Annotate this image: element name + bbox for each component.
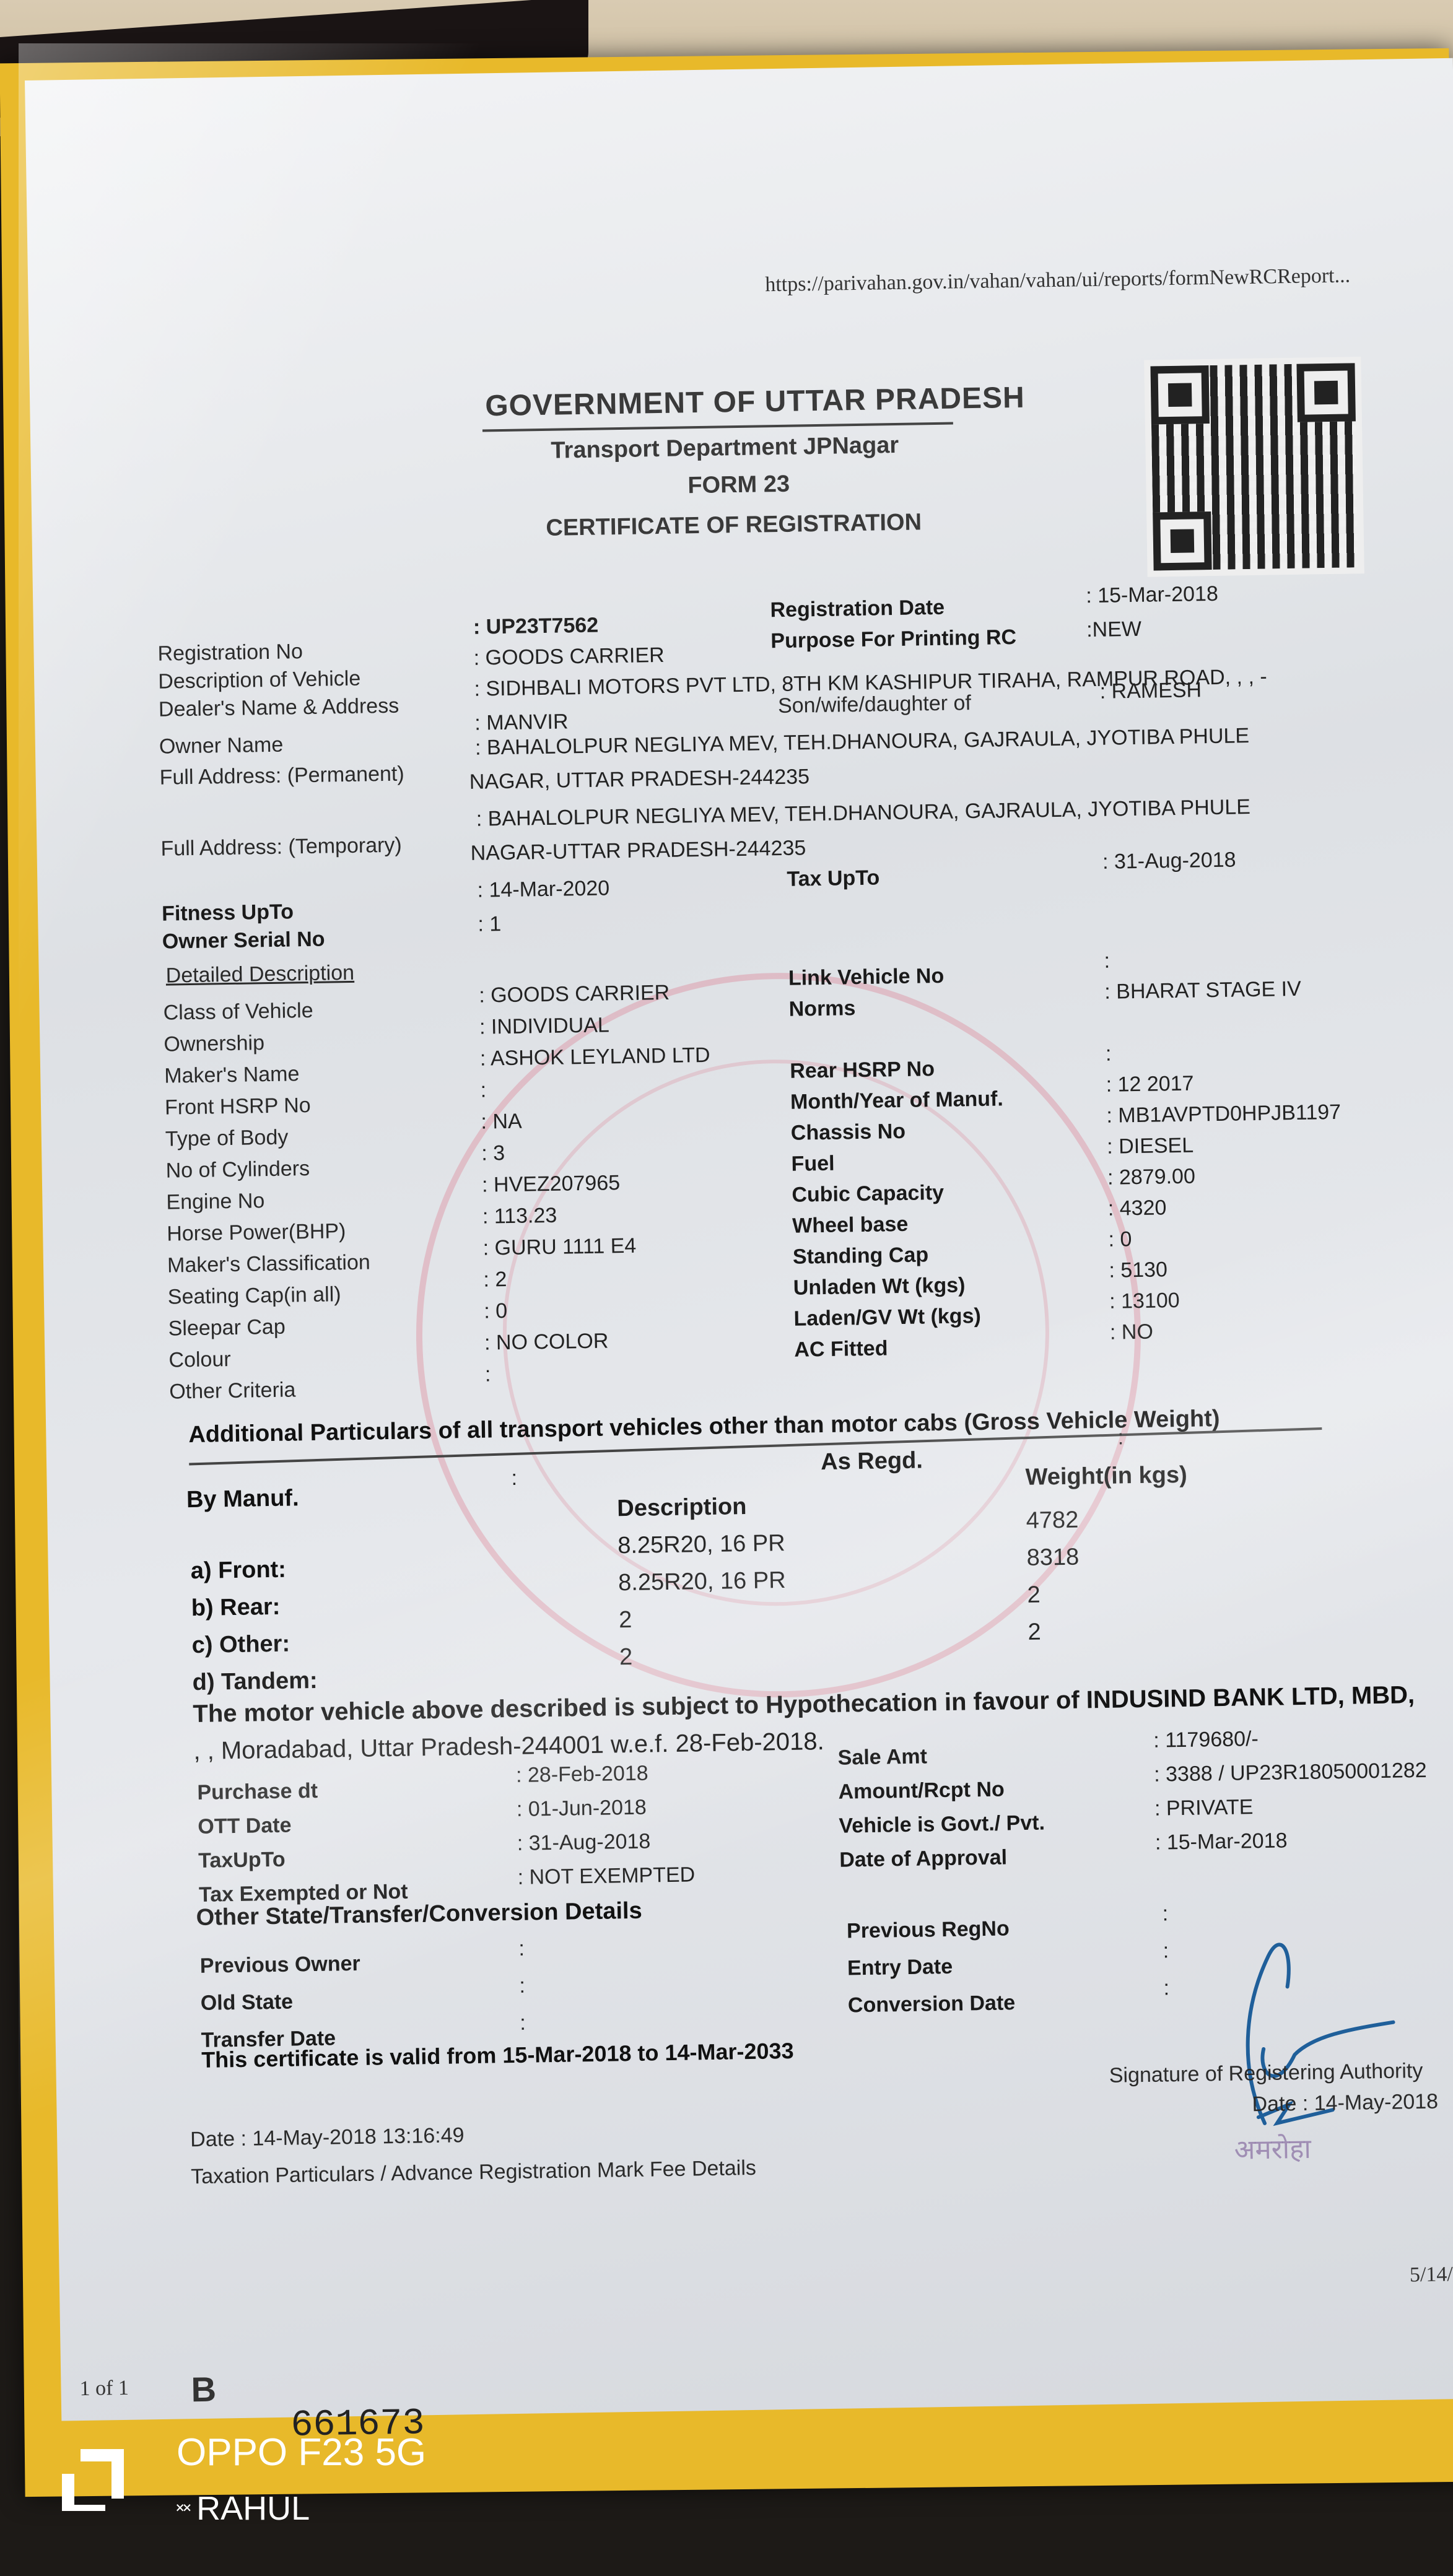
weight-column-header: Weight(in kgs)	[1025, 1462, 1187, 1491]
field-value: :	[520, 2011, 526, 2035]
relation-label: Son/wife/daughter of	[778, 691, 971, 718]
field-value: : PRIVATE	[1154, 1795, 1254, 1821]
field-value: :	[1106, 1042, 1112, 1066]
source-url: https://parivahan.gov.in/vahan/vahan/ui/…	[765, 264, 1350, 297]
purpose-value: :NEW	[1086, 617, 1141, 642]
permanent-address-line2: NAGAR, UTTAR PRADESH-244235	[469, 765, 810, 794]
gvw-row-label: c) Other:	[191, 1631, 290, 1659]
registration-date-value: : 15-Mar-2018	[1086, 582, 1218, 608]
field-label: OTT Date	[198, 1814, 292, 1839]
field-value: : 01-Jun-2018	[517, 1796, 647, 1822]
field-label: Unladen Wt (kgs)	[793, 1273, 965, 1300]
field-value: : 13100	[1109, 1289, 1180, 1314]
description-column-header: Description	[617, 1494, 747, 1522]
field-value: : DIESEL	[1107, 1134, 1193, 1159]
form-number: FORM 23	[687, 471, 790, 500]
page-count: 1 of 1	[79, 2377, 129, 2401]
temporary-address-line2: NAGAR-UTTAR PRADESH-244235	[470, 836, 806, 866]
field-value: : 31-Aug-2018	[517, 1829, 651, 1855]
field-value: : 1179680/-	[1153, 1727, 1259, 1753]
dealer-label: Dealer's Name & Address	[159, 694, 399, 722]
field-value: : HVEZ207965	[482, 1171, 621, 1197]
temporary-address-label: Full Address: (Temporary)	[160, 833, 402, 861]
field-label: Cubic Capacity	[792, 1181, 944, 1207]
owner-name-label: Owner Name	[159, 733, 284, 759]
field-value: : NO	[1110, 1320, 1154, 1345]
field-label: Previous Owner	[200, 1952, 360, 1978]
temporary-address-line1: : BAHALOLPUR NEGLIYA MEV, TEH.DHANOURA, …	[476, 795, 1251, 832]
hypothecation-line2: , , Moradabad, Uttar Pradesh-244001 w.e.…	[193, 1728, 824, 1765]
gvw-row-label: d) Tandem:	[192, 1668, 318, 1696]
gvw-row-description: 8.25R20, 16 PR	[618, 1567, 786, 1596]
field-value: : MB1AVPTD0HPJB1197	[1106, 1100, 1341, 1128]
field-value: :	[518, 1937, 525, 1961]
field-label: Engine No	[166, 1189, 264, 1214]
qr-finder-icon	[1153, 511, 1211, 570]
qr-finder-icon	[1150, 365, 1209, 424]
field-value: : 0	[484, 1299, 507, 1324]
field-label: Link Vehicle No	[788, 964, 945, 991]
permanent-address-label: Full Address: (Permanent)	[159, 762, 404, 790]
watermark-user: ˟˟ RAHUL	[177, 2489, 310, 2528]
gvw-row-label: b) Rear:	[191, 1594, 280, 1622]
field-value: : NA	[481, 1110, 522, 1134]
field-value: : NOT EXEMPTED	[517, 1863, 695, 1889]
field-label: Date of Approval	[839, 1845, 1007, 1872]
field-value: :	[1163, 1976, 1169, 2000]
field-label: Other Criteria	[169, 1378, 296, 1404]
gvw-row-weight: 2	[1027, 1582, 1041, 1609]
field-label: Laden/GV Wt (kgs)	[793, 1304, 981, 1331]
field-value: : 12 2017	[1106, 1072, 1193, 1097]
taxation-particulars: Taxation Particulars / Advance Registrat…	[191, 2156, 756, 2189]
field-label: Entry Date	[847, 1955, 953, 1981]
field-label: Norms	[788, 996, 855, 1022]
field-label: Conversion Date	[848, 1991, 1016, 2017]
description-value: : GOODS CARRIER	[473, 643, 665, 671]
registration-no-label: Registration No	[157, 640, 303, 666]
field-label: Front HSRP No	[165, 1094, 311, 1120]
fitness-label: Fitness UpTo	[162, 900, 294, 926]
field-label: Maker's Classification	[167, 1250, 370, 1277]
field-label: Wheel base	[792, 1212, 909, 1238]
gvw-row-description: 2	[619, 1644, 633, 1671]
title-divider	[482, 422, 953, 432]
field-label: Rear HSRP No	[790, 1057, 935, 1084]
field-value: :	[1163, 1939, 1169, 1963]
government-title: GOVERNMENT OF UTTAR PRADESH	[485, 381, 1025, 424]
field-label: Fuel	[791, 1152, 835, 1177]
field-label: Type of Body	[165, 1126, 289, 1152]
gvw-row-weight: 4782	[1026, 1507, 1078, 1534]
field-label: Chassis No	[791, 1120, 906, 1146]
field-label: Previous RegNo	[847, 1917, 1010, 1943]
field-label: TaxUpTo	[198, 1848, 286, 1873]
field-value: :	[480, 1078, 486, 1102]
camera-watermark-logo-icon	[56, 2443, 130, 2517]
field-value: : 3	[481, 1141, 505, 1166]
tax-upto-value: : 31-Aug-2018	[1102, 848, 1236, 874]
owner-serial-label: Owner Serial No	[162, 928, 325, 954]
field-value: : ASHOK LEYLAND LTD	[480, 1043, 710, 1071]
field-value: :	[1104, 949, 1110, 973]
gvw-row-description: 2	[619, 1607, 632, 1634]
relation-value: : RAMESH	[1099, 678, 1202, 704]
field-value: : GURU 1111 E4	[482, 1234, 636, 1261]
field-value: : 0	[1108, 1227, 1132, 1252]
as-regd-label: As Regd.	[821, 1448, 923, 1476]
field-value: :	[519, 1974, 525, 1998]
field-value: : 5130	[1109, 1258, 1167, 1282]
field-label: Maker's Name	[164, 1062, 300, 1088]
permanent-address-line1: : BAHALOLPUR NEGLIYA MEV, TEH.DHANOURA, …	[475, 724, 1250, 760]
tax-upto-label: Tax UpTo	[787, 866, 879, 891]
field-label: Colour	[168, 1347, 231, 1373]
gvw-row-weight: 2	[1028, 1619, 1041, 1646]
field-label: No of Cylinders	[165, 1157, 310, 1183]
browser-print-date: 5/14/2018	[1410, 2262, 1453, 2287]
registration-certificate: https://parivahan.gov.in/vahan/vahan/ui/…	[25, 58, 1453, 2421]
as-regd-colon: :	[1117, 1425, 1124, 1450]
field-value: : 4320	[1108, 1196, 1167, 1221]
gvw-row-weight: 8318	[1026, 1544, 1079, 1572]
field-label: Class of Vehicle	[163, 999, 313, 1025]
field-value: : 28-Feb-2018	[516, 1762, 648, 1788]
field-label: Sale Amt	[837, 1744, 927, 1770]
field-label: Standing Cap	[793, 1243, 929, 1269]
department-name: Transport Department JPNagar	[551, 432, 899, 464]
watermark-user-name: RAHUL	[196, 2490, 310, 2527]
field-value: : BHARAT STAGE IV	[1104, 977, 1301, 1004]
series-letter: B	[191, 2369, 216, 2410]
field-value: :	[485, 1362, 491, 1386]
field-value: : 113.23	[482, 1204, 557, 1229]
registration-no-value: : UP23T7562	[473, 614, 599, 640]
field-value: : INDIVIDUAL	[479, 1013, 609, 1039]
field-label: Vehicle is Govt./ Pvt.	[839, 1811, 1045, 1838]
field-value: : 15-Mar-2018	[1155, 1829, 1288, 1855]
field-value: : 2879.00	[1107, 1165, 1195, 1190]
field-label: Horse Power(BHP)	[167, 1219, 346, 1247]
certificate-title: CERTIFICATE OF REGISTRATION	[546, 509, 922, 542]
fitness-value: : 14-Mar-2020	[477, 876, 609, 902]
gvw-row-description: 8.25R20, 16 PR	[617, 1530, 785, 1559]
field-value: : 2	[483, 1268, 507, 1292]
field-label: Month/Year of Manuf.	[790, 1087, 1003, 1114]
field-label: Old State	[201, 1990, 294, 2016]
purpose-label: Purpose For Printing RC	[770, 625, 1016, 653]
field-label: Ownership	[164, 1031, 264, 1057]
qr-finder-icon	[1296, 363, 1355, 422]
field-value: : NO COLOR	[484, 1329, 609, 1355]
qr-code-icon	[1144, 357, 1364, 577]
field-label: Purchase dt	[197, 1779, 318, 1805]
detailed-description-heading: Detailed Description	[165, 961, 354, 988]
signature-label: Signature of Registering Authority	[1109, 2059, 1423, 2088]
field-value: : GOODS CARRIER	[479, 981, 670, 1008]
print-timestamp: Date : 14-May-2018 13:16:49	[190, 2123, 465, 2152]
smiley-icon: ˟˟	[177, 2501, 196, 2525]
office-stamp-text: अमरोहा	[1234, 2129, 1311, 2167]
owner-serial-value: : 1	[478, 912, 501, 937]
watermark-device: OPPO F23 5G	[177, 2430, 426, 2474]
by-manuf-colon: :	[511, 1466, 517, 1490]
signature-date: Date : 14-May-2018	[1252, 2090, 1438, 2117]
gvw-row-label: a) Front:	[191, 1557, 287, 1585]
registration-date-label: Registration Date	[770, 596, 945, 622]
by-manuf-label: By Manuf.	[186, 1485, 299, 1513]
field-value: : 3388 / UP23R18050001282	[1154, 1759, 1427, 1787]
field-label: AC Fitted	[794, 1336, 888, 1362]
owner-name-value: : MANVIR	[474, 710, 569, 735]
field-label: Sleepar Cap	[168, 1315, 286, 1341]
field-label: Seating Cap(in all)	[168, 1282, 341, 1309]
field-label: Amount/Rcpt No	[838, 1777, 1005, 1804]
field-value: :	[1162, 1902, 1168, 1926]
description-label: Description of Vehicle	[158, 667, 361, 694]
